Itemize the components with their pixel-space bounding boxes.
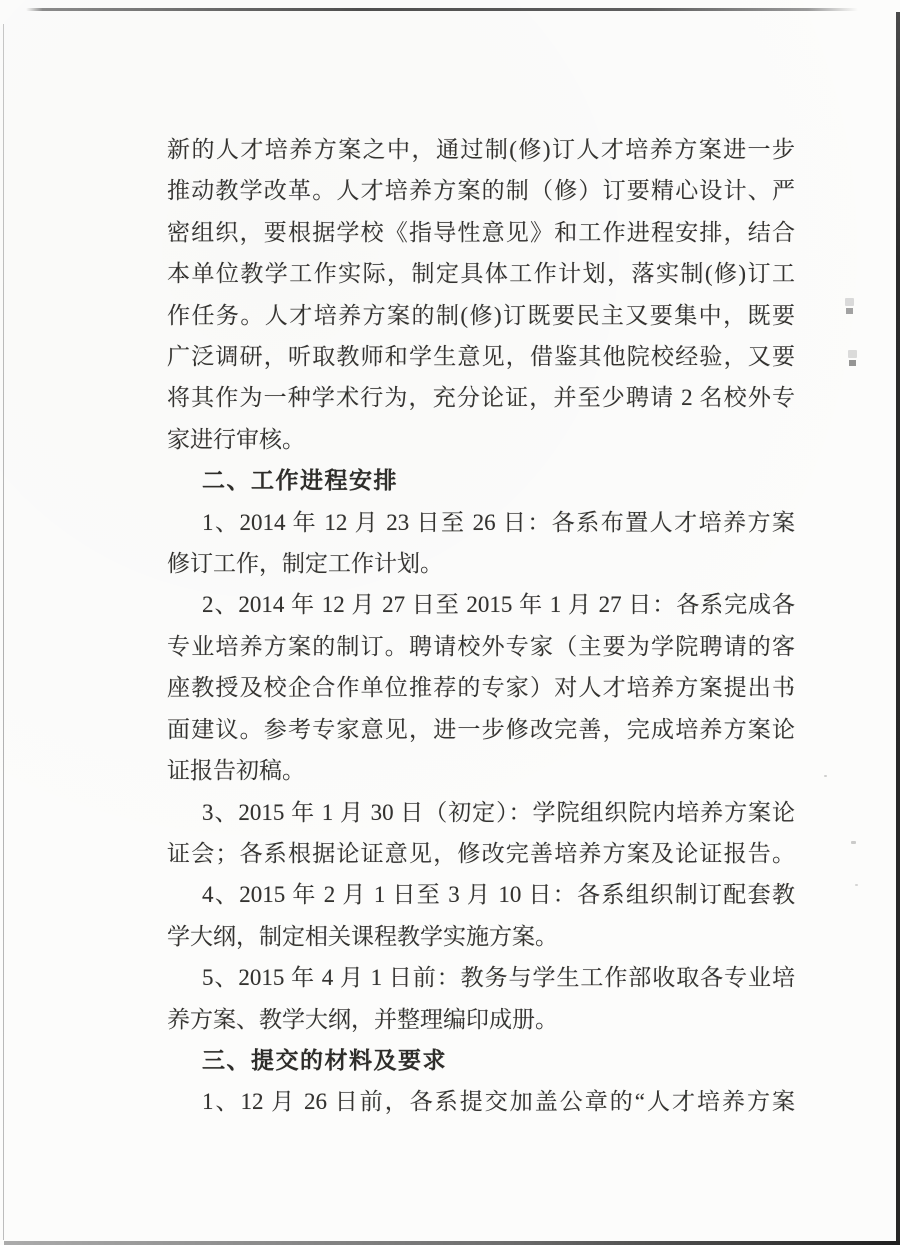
scan-smudge (824, 775, 827, 777)
text-line: 座教授及校企合作单位推荐的专家）对人才培养方案提出书 (167, 667, 795, 708)
text-line: 修订工作，制定工作计划。 (167, 543, 795, 584)
text-line: 广泛调研，听取教师和学生意见，借鉴其他院校经验，又要 (167, 336, 795, 377)
text-line: 1、12 月 26 日前，各系提交加盖公章的“人才培养方案 (167, 1081, 795, 1122)
page-top-edge-line (26, 8, 858, 11)
text-line: 学大纲，制定相关课程教学实施方案。 (167, 916, 795, 957)
text-line: 2、2014 年 12 月 27 日至 2015 年 1 月 27 日：各系完成… (167, 584, 795, 625)
section-heading: 三、提交的材料及要求 (167, 1040, 795, 1081)
text-line: 3、2015 年 1 月 30 日（初定）：学院组织院内培养方案论 (167, 792, 795, 833)
scan-smudge (845, 298, 854, 306)
text-line: 5、2015 年 4 月 1 日前：教务与学生工作部收取各专业培 (167, 957, 795, 998)
page-bottom-edge-shadow (4, 1241, 900, 1245)
scan-smudge (848, 350, 857, 358)
text-line: 作任务。人才培养方案的制(修)订既要民主又要集中，既要 (167, 295, 795, 336)
page-right-edge-shadow (896, 12, 900, 1245)
scan-smudge (851, 841, 856, 844)
text-line: 专业培养方案的制订。聘请校外专家（主要为学院聘请的客 (167, 626, 795, 667)
scan-smudge (855, 884, 858, 886)
section-heading: 二、工作进程安排 (167, 460, 795, 501)
text-line: 证报告初稿。 (167, 750, 795, 791)
scanned-page: 新的人才培养方案之中，通过制(修)订人才培养方案进一步 推动教学改革。人才培养方… (0, 0, 900, 1245)
page-left-edge-line (3, 24, 4, 1240)
text-line: 面建议。参考专家意见，进一步修改完善，完成培养方案论 (167, 709, 795, 750)
document-body: 新的人才培养方案之中，通过制(修)订人才培养方案进一步 推动教学改革。人才培养方… (167, 129, 795, 1123)
text-line: 1、2014 年 12 月 23 日至 26 日：各系布置人才培养方案 (167, 502, 795, 543)
text-line: 家进行审核。 (167, 419, 795, 460)
text-line: 密组织，要根据学校《指导性意见》和工作进程安排，结合 (167, 212, 795, 253)
text-line: 新的人才培养方案之中，通过制(修)订人才培养方案进一步 (167, 129, 795, 170)
text-line: 将其作为一种学术行为，充分论证，并至少聘请 2 名校外专 (167, 377, 795, 418)
text-line: 证会；各系根据论证意见，修改完善培养方案及论证报告。 (167, 833, 795, 874)
text-line: 推动教学改革。人才培养方案的制（修）订要精心设计、严 (167, 170, 795, 211)
text-line: 本单位教学工作实际，制定具体工作计划，落实制(修)订工 (167, 253, 795, 294)
text-line: 养方案、教学大纲，并整理编印成册。 (167, 999, 795, 1040)
text-line: 4、2015 年 2 月 1 日至 3 月 10 日：各系组织制订配套教 (167, 874, 795, 915)
